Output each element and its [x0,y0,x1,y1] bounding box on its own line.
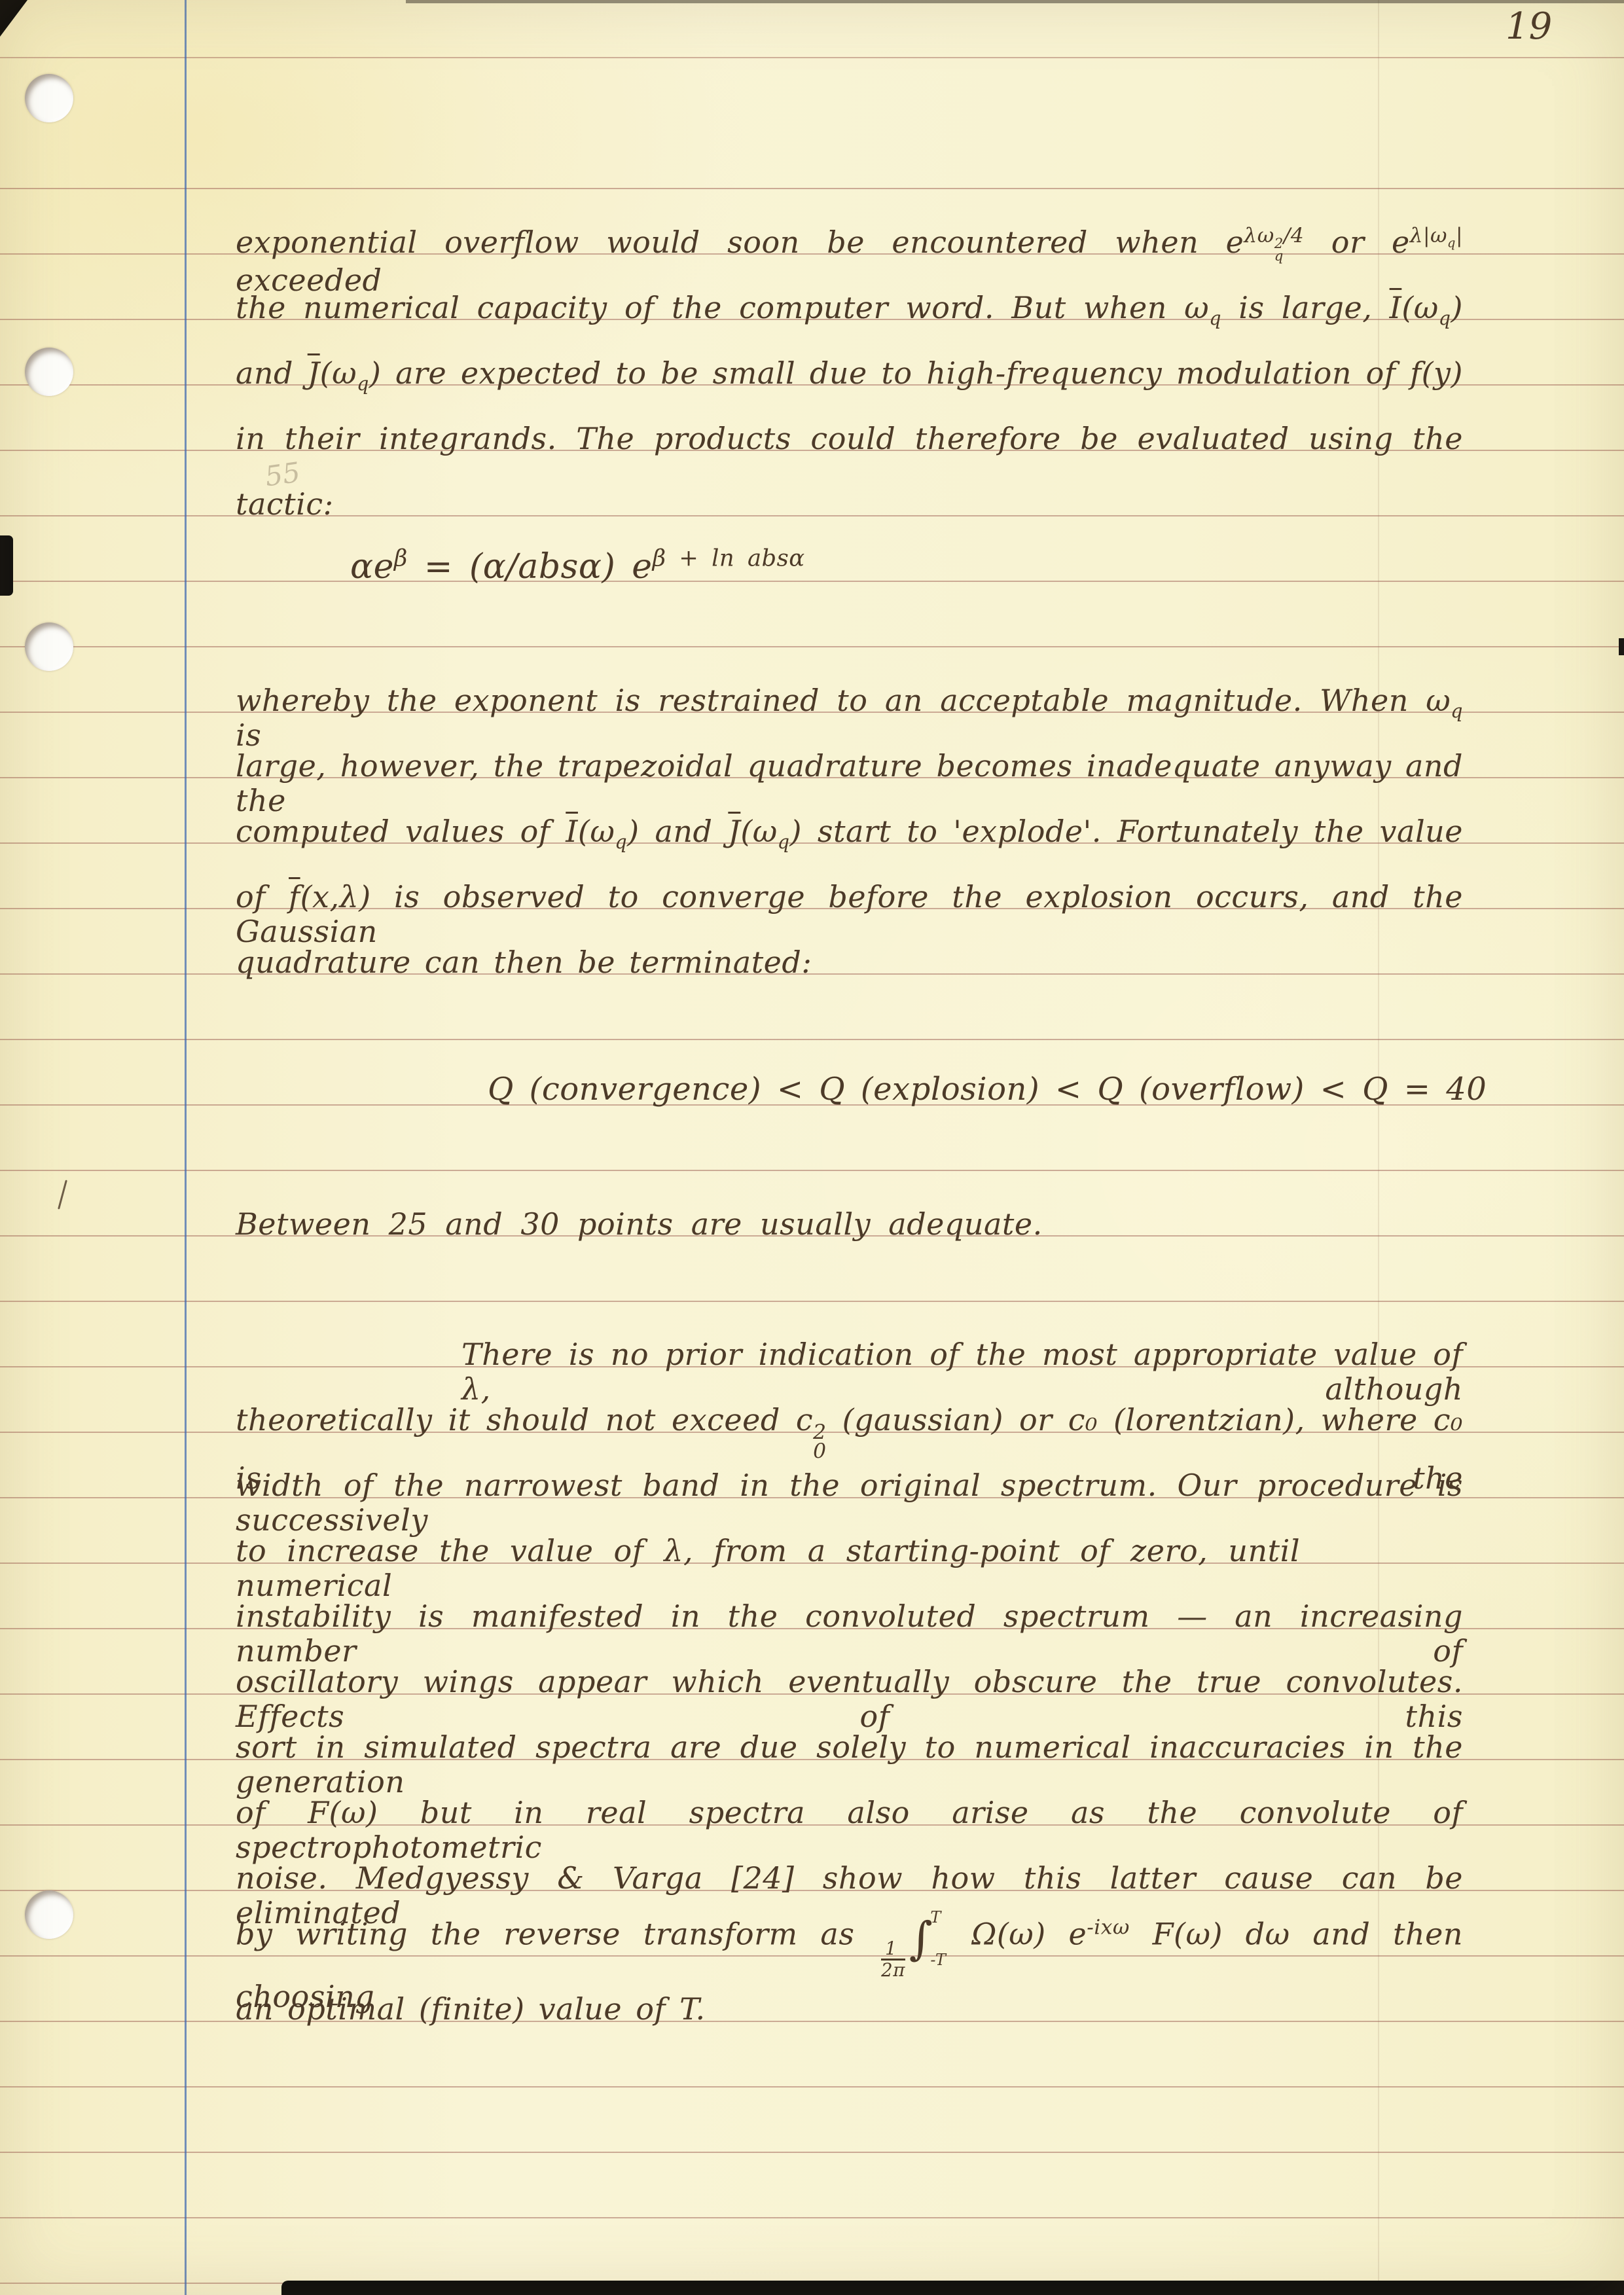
handwritten-line: and J(ωq) are expected to be small due t… [236,356,1463,391]
handwritten-line: whereby the exponent is restrained to an… [236,683,1463,753]
handwritten-line: computed values of I(ωq) and J(ωq) start… [236,814,1463,849]
handwritten-line: tactic: [236,487,1463,522]
handwritten-line: large, however, the trapezoidal quadratu… [236,749,1463,818]
scan-edge-corner [0,0,27,37]
scan-edge-bottom [281,2281,1624,2295]
handwritten-line: width of the narrowest band in the origi… [236,1468,1463,1538]
page-number: 19 [1506,5,1552,48]
scanned-notebook-page: { "page": { "number": "19", "smudge": "5… [0,0,1624,2295]
handwritten-line: an optimal (finite) value of T. [236,1992,1463,2027]
handwritten-equation: Q (convergence) < Q (explosion) < Q (ove… [488,1072,1487,1107]
handwritten-line: oscillatory wings appear which eventuall… [236,1665,1463,1734]
handwritten-line: to increase the value of λ, from a start… [236,1534,1463,1603]
handwritten-line: in their integrands. The products could … [236,422,1463,456]
margin-line [185,0,187,2295]
scan-edge-notch [1619,638,1624,655]
scan-edge-top [406,0,1624,3]
handwritten-line: sort in simulated spectra are due solely… [236,1730,1463,1799]
handwritten-line: There is no prior indication of the most… [236,1337,1463,1407]
handwritten-line: Between 25 and 30 points are usually ade… [236,1207,1463,1242]
scan-edge-left [0,535,13,596]
handwritten-line: of F(ω) but in real spectra also arise a… [236,1796,1463,1865]
header-rule-line [0,57,1624,58]
punch-hole [25,623,73,671]
handwritten-line: of f(x,λ) is observed to converge before… [236,880,1463,949]
handwritten-line: exponential overflow would soon be encou… [236,225,1463,298]
handwritten-line: instability is manifested in the convolu… [236,1599,1463,1669]
punch-hole [25,1890,73,1939]
handwritten-line: the numerical capacity of the computer w… [236,291,1463,325]
punch-hole [25,74,73,122]
punch-hole [25,348,73,396]
handwritten-line: quadrature can then be terminated: [236,945,1463,980]
handwritten-equation: αeβ = (α/absα) eβ + ln absα [350,549,805,586]
